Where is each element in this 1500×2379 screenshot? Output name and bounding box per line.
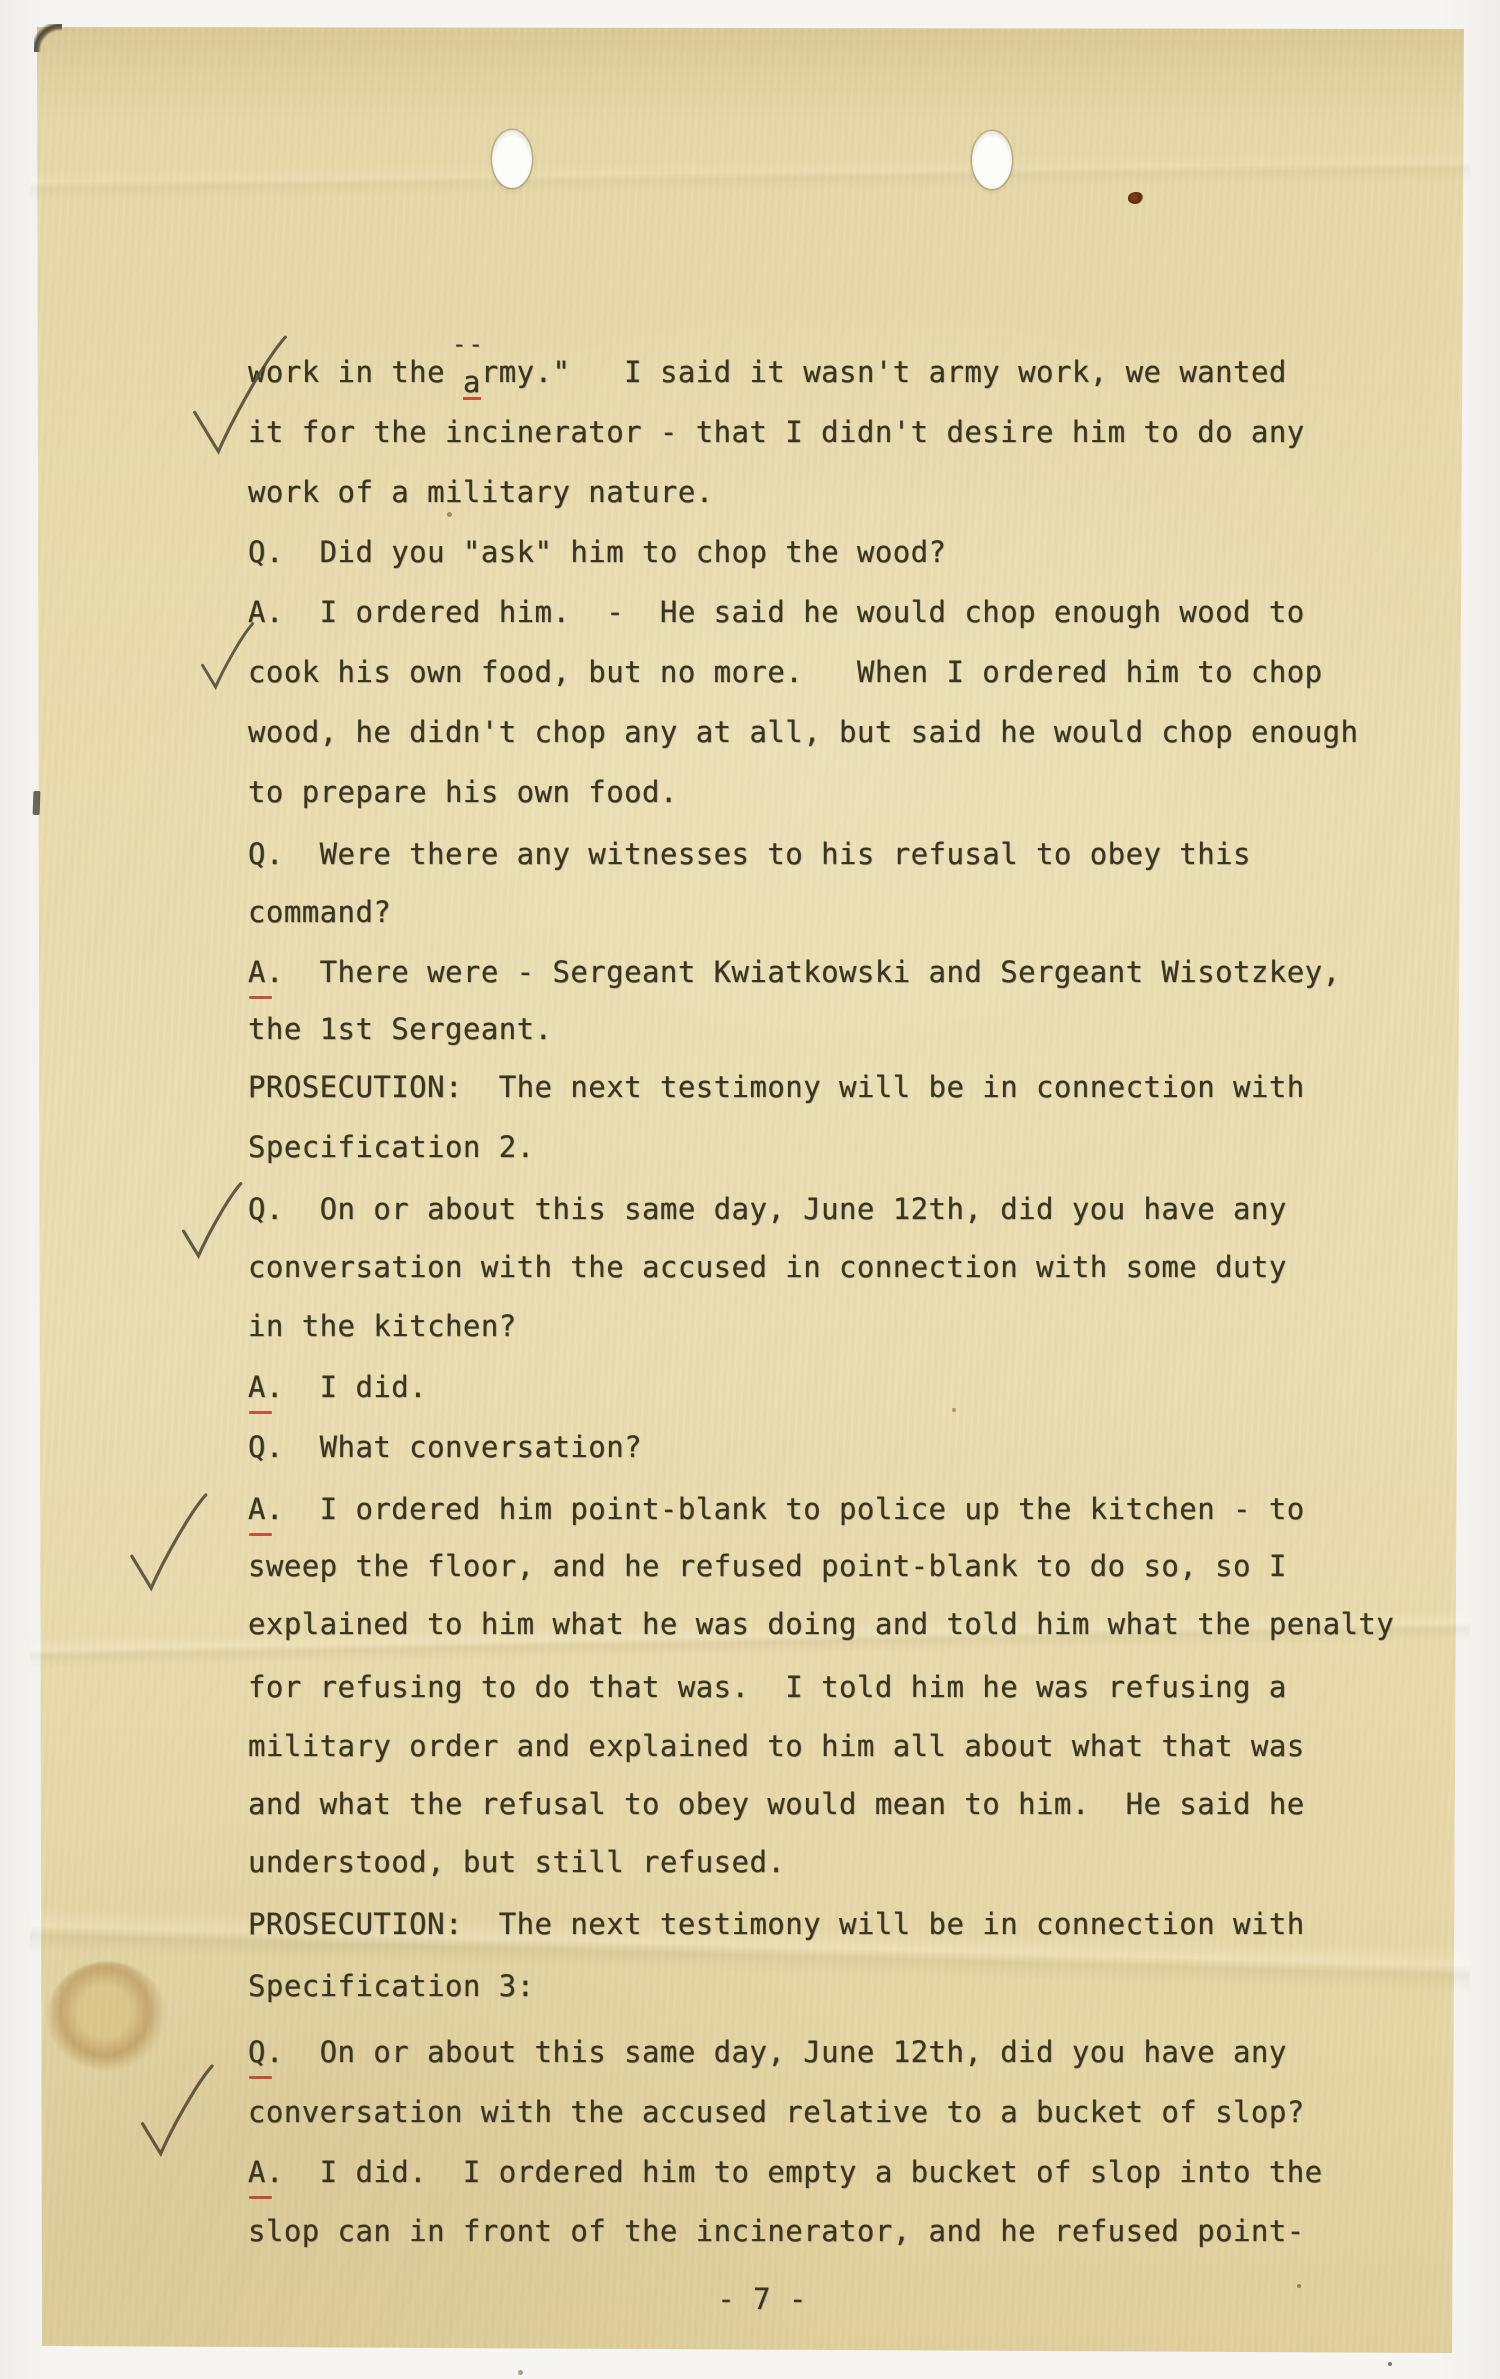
typewritten-line: Specification 2. bbox=[248, 1133, 535, 1162]
typewritten-line: explained to him what he was doing and t… bbox=[248, 1610, 1394, 1639]
typewritten-line: A. I did. bbox=[248, 1373, 427, 1402]
typewritten-line: to prepare his own food. bbox=[248, 778, 678, 807]
typewritten-line: work of a military nature. bbox=[248, 478, 714, 507]
handwritten-checkmark bbox=[137, 2046, 216, 2184]
dust-speck bbox=[1297, 2284, 1301, 2288]
typewritten-line: A. I ordered him. - He said he would cho… bbox=[248, 598, 1305, 627]
typewritten-line: PROSECUTION: The next testimony will be … bbox=[248, 1073, 1305, 1102]
handwritten-checkmark bbox=[186, 334, 292, 468]
typewritten-line: command? bbox=[248, 898, 391, 927]
red-ink-underline bbox=[249, 996, 272, 999]
dust-speck bbox=[952, 1408, 956, 1412]
handwritten-checkmark bbox=[126, 1484, 210, 1610]
red-ink-underline bbox=[249, 1533, 272, 1536]
typewritten-line: military order and explained to him all … bbox=[248, 1732, 1305, 1761]
typewritten-line: Q. Were there any witnesses to his refus… bbox=[248, 840, 1251, 869]
typewritten-line: understood, but still refused. bbox=[248, 1848, 785, 1877]
typewritten-line: conversation with the accused relative t… bbox=[248, 2098, 1305, 2127]
caret-insertion-marks: -- bbox=[452, 330, 485, 358]
typewritten-line: PROSECUTION: The next testimony will be … bbox=[248, 1910, 1305, 1939]
typewritten-line: conversation with the accused in connect… bbox=[248, 1253, 1287, 1282]
line-segment: rmy." I said it wasn't army work, we wan… bbox=[481, 355, 1287, 389]
typewritten-line: A. There were - Sergeant Kwiatkowski and… bbox=[248, 958, 1340, 987]
typewritten-line: Q. What conversation? bbox=[248, 1433, 642, 1462]
dust-speck bbox=[1388, 2362, 1392, 2366]
dust-speck bbox=[447, 512, 452, 517]
typewritten-line: slop can in front of the incinerator, an… bbox=[248, 2217, 1305, 2246]
typewritten-line: work in the army." I said it wasn't army… bbox=[248, 358, 1287, 390]
typewritten-line: wood, he didn't chop any at all, but sai… bbox=[248, 718, 1358, 747]
typewritten-line: Q. On or about this same day, June 12th,… bbox=[248, 2038, 1287, 2067]
handwritten-checkmark bbox=[179, 1176, 244, 1272]
typewritten-line: A. I ordered him point-blank to police u… bbox=[248, 1495, 1305, 1524]
red-ink-underline bbox=[249, 2196, 272, 2199]
dust-speck bbox=[518, 2370, 523, 2375]
typewritten-line: in the kitchen? bbox=[248, 1312, 517, 1341]
red-ink-underline bbox=[249, 2076, 272, 2079]
inserted-letter: a bbox=[463, 368, 481, 400]
typewritten-line: cook his own food, but no more. When I o… bbox=[248, 658, 1323, 687]
typewritten-line: it for the incinerator - that I didn't d… bbox=[248, 418, 1305, 447]
red-ink-underline bbox=[249, 1411, 272, 1414]
typewritten-line: Q. On or about this same day, June 12th,… bbox=[248, 1195, 1287, 1224]
page-number: - 7 - bbox=[717, 2282, 807, 2316]
typewritten-line: sweep the floor, and he refused point-bl… bbox=[248, 1552, 1287, 1581]
handwritten-checkmark bbox=[196, 622, 258, 696]
typewritten-line: the 1st Sergeant. bbox=[248, 1015, 552, 1044]
typewritten-line: Q. Did you "ask" him to chop the wood? bbox=[248, 538, 946, 567]
typewritten-line: and what the refusal to obey would mean … bbox=[248, 1790, 1305, 1819]
typewritten-line: Specification 3: bbox=[248, 1972, 535, 2001]
typewritten-line: for refusing to do that was. I told him … bbox=[248, 1673, 1287, 1702]
typewritten-line: A. I did. I ordered him to empty a bucke… bbox=[248, 2158, 1323, 2187]
